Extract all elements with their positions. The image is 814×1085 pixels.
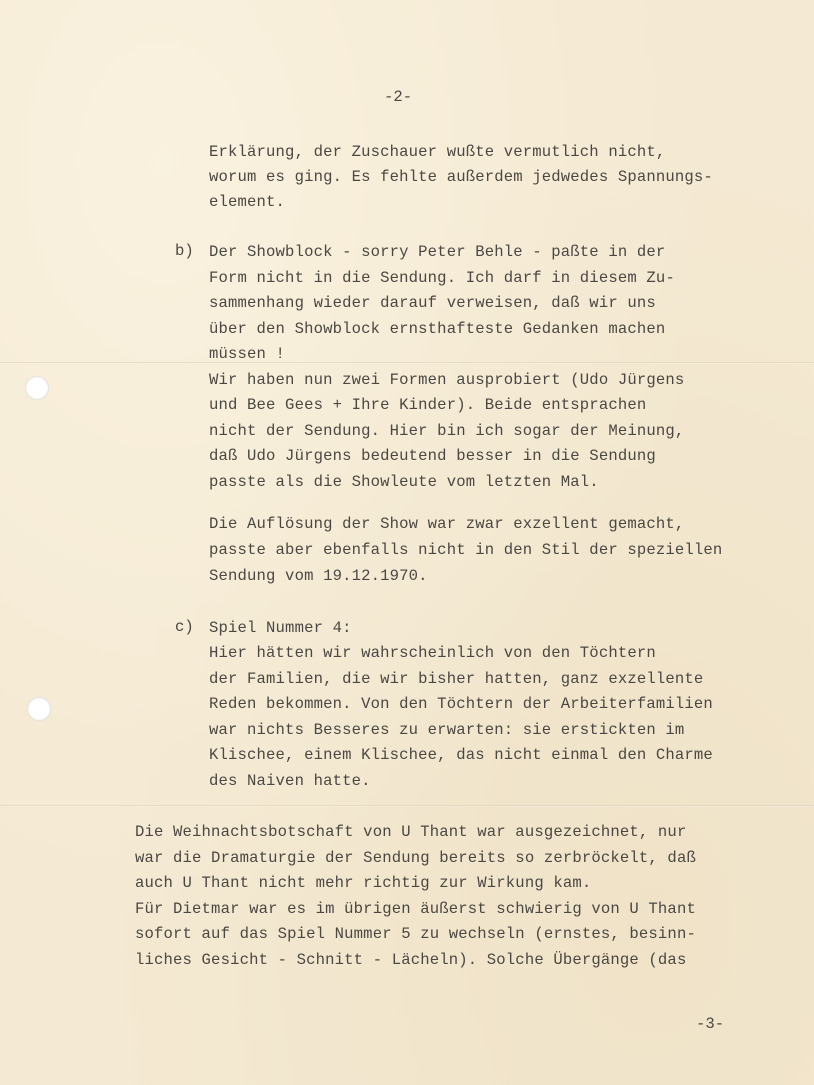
text-line: passte aber ebenfalls nicht in den Stil …	[209, 540, 722, 560]
text-line: Sendung vom 19.12.1970.	[209, 566, 428, 586]
text-line: Form nicht in die Sendung. Ich darf in d…	[209, 268, 675, 288]
text-line: war nichts Besseres zu erwarten: sie ers…	[209, 720, 684, 740]
text-line: sammenhang wieder darauf verweisen, daß …	[209, 293, 656, 313]
text-line: war die Dramaturgie der Sendung bereits …	[135, 848, 696, 868]
text-line: Die Weihnachtsbotschaft von U Thant war …	[135, 822, 686, 842]
text-line: passte als die Showleute vom letzten Mal…	[209, 472, 599, 492]
text-line: Der Showblock - sorry Peter Behle - paßt…	[209, 242, 665, 262]
text-line: Reden bekommen. Von den Töchtern der Arb…	[209, 694, 713, 714]
text-line: über den Showblock ernsthafteste Gedanke…	[209, 319, 665, 339]
text-line: Klischee, einem Klischee, das nicht einm…	[209, 745, 713, 765]
text-line: des Naiven hatte.	[209, 771, 371, 791]
text-line: element.	[209, 192, 285, 212]
text-line: müssen !	[209, 344, 285, 364]
punch-hole-lower	[27, 697, 51, 721]
text-line: liches Gesicht - Schnitt - Lächeln). Sol…	[135, 950, 686, 970]
text-line: Für Dietmar war es im übrigen äußerst sc…	[135, 899, 696, 919]
text-line: nicht der Sendung. Hier bin ich sogar de…	[209, 421, 684, 441]
text-line: Die Auflösung der Show war zwar exzellen…	[209, 514, 684, 534]
text-line: der Familien, die wir bisher hatten, gan…	[209, 669, 703, 689]
list-marker-c: c)	[175, 618, 194, 636]
text-line: sofort auf das Spiel Nummer 5 zu wechsel…	[135, 924, 696, 944]
text-line: Wir haben nun zwei Formen ausprobiert (U…	[209, 370, 684, 390]
text-line: und Bee Gees + Ihre Kinder). Beide entsp…	[209, 395, 646, 415]
page-number-header: -2-	[384, 88, 412, 106]
text-line: worum es ging. Es fehlte außerdem jedwed…	[209, 167, 713, 187]
text-line: Hier hätten wir wahrscheinlich von den T…	[209, 643, 656, 663]
text-line: Spiel Nummer 4:	[209, 618, 352, 638]
paper-fold-line-upper	[0, 362, 814, 364]
list-marker-b: b)	[175, 242, 194, 260]
punch-hole-upper	[25, 376, 49, 400]
text-line: auch U Thant nicht mehr richtig zur Wirk…	[135, 873, 591, 893]
text-line: daß Udo Jürgens bedeutend besser in die …	[209, 446, 656, 466]
paper-fold-line-lower	[0, 805, 814, 807]
page-number-footer: -3-	[696, 1015, 724, 1033]
text-line: Erklärung, der Zuschauer wußte vermutlic…	[209, 142, 665, 162]
